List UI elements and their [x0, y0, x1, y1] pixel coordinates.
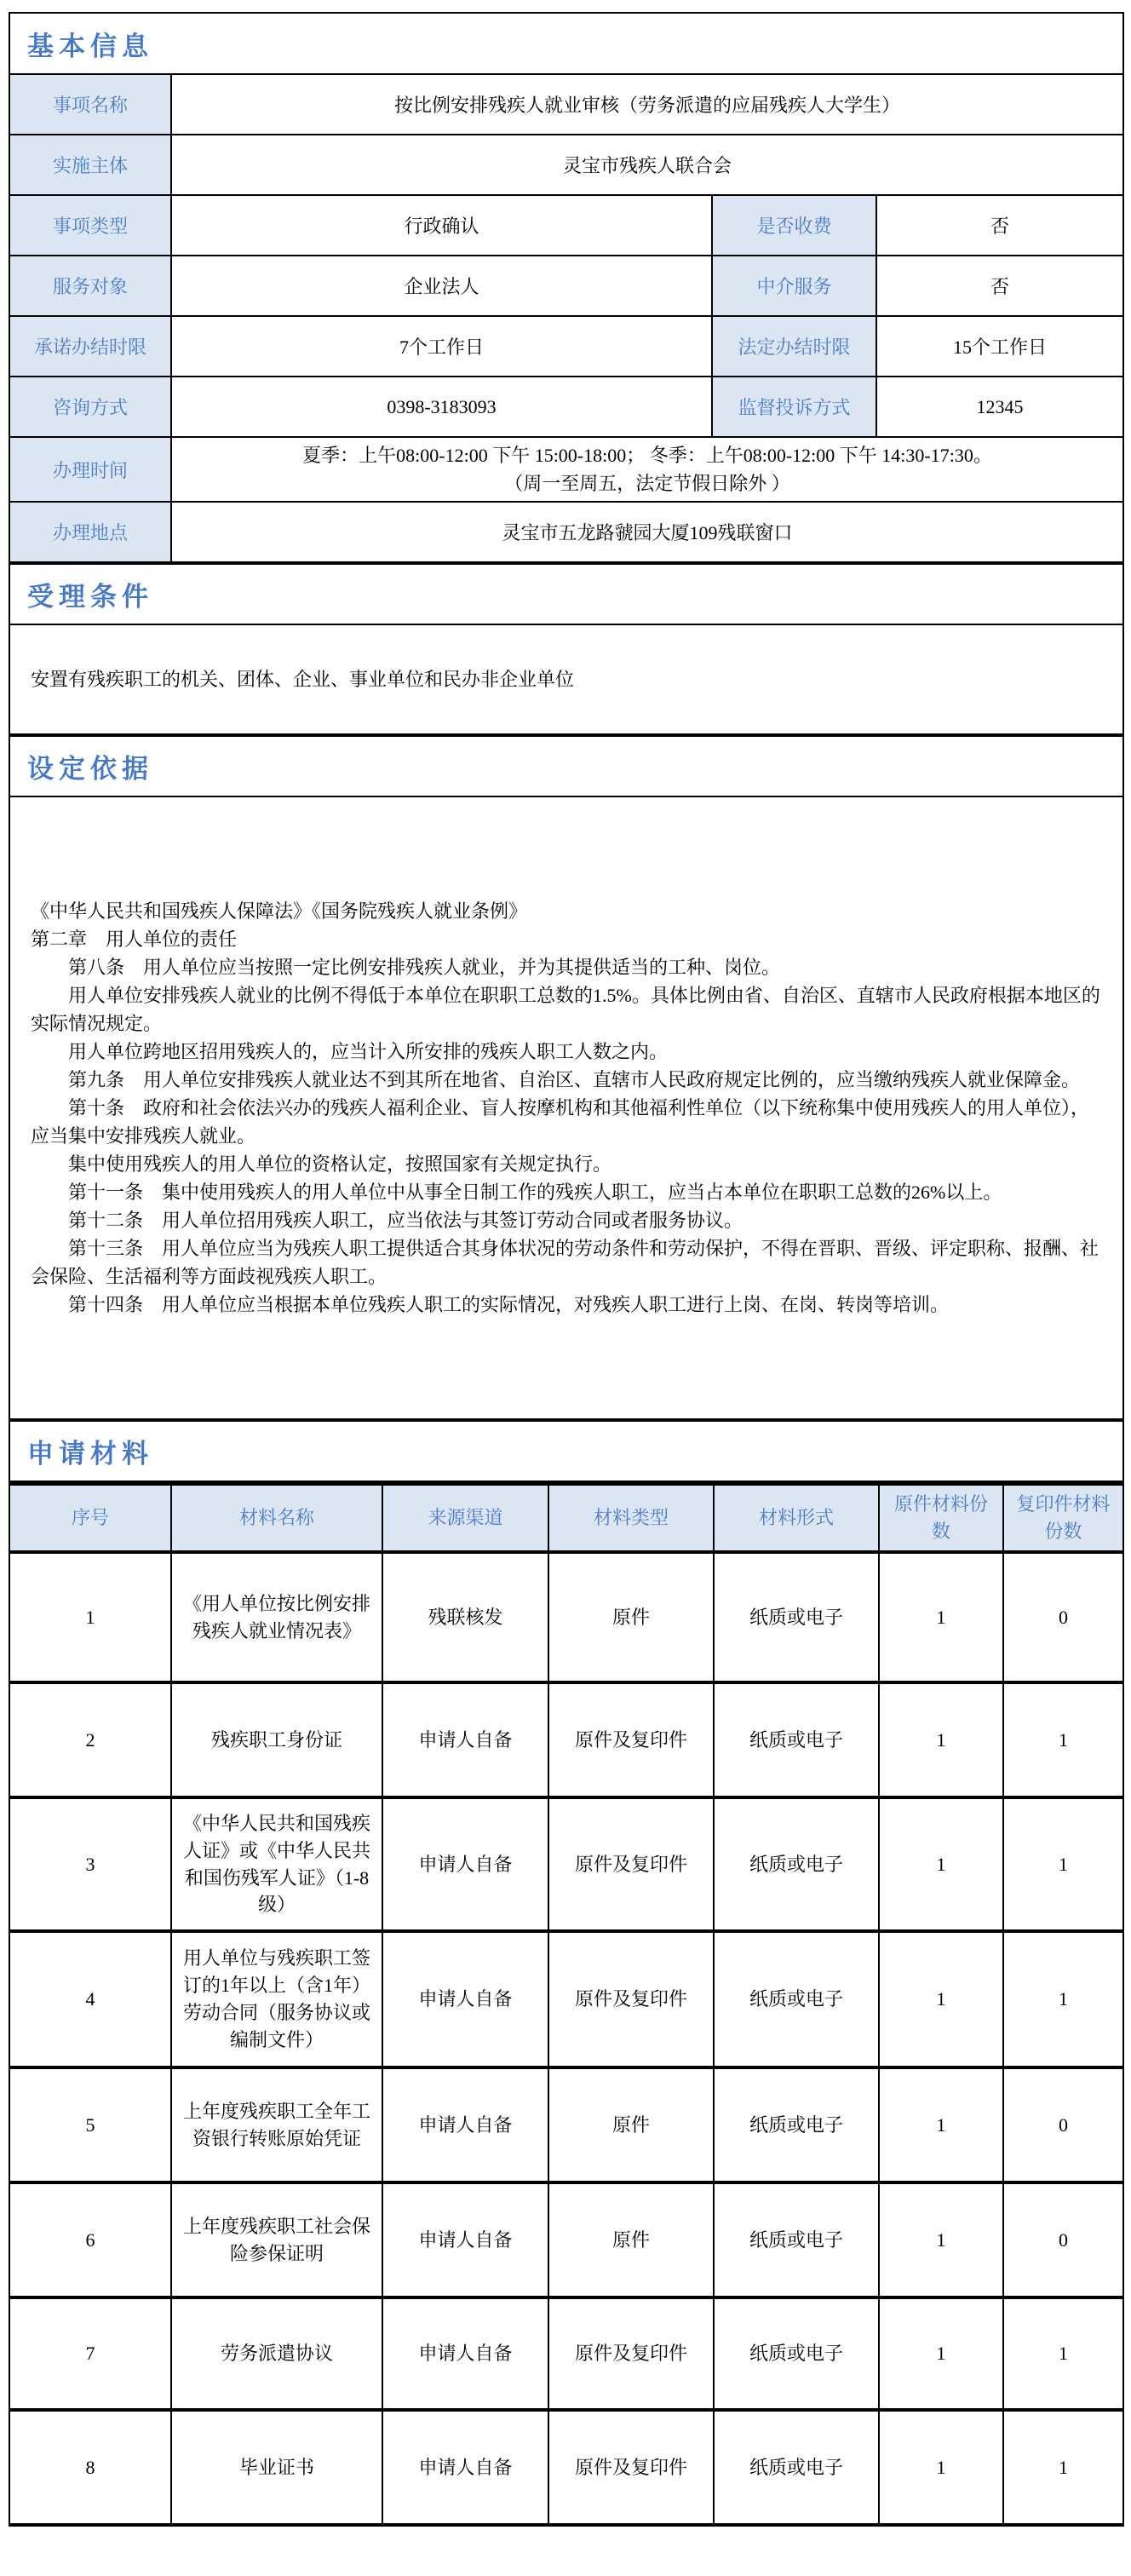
table-row: 事项类型 行政确认 是否收费 否: [9, 195, 1123, 256]
materials-table: 序号 材料名称 来源渠道 材料类型 材料形式 原件材料份数 复印件材料份数 1 …: [9, 1482, 1124, 2527]
field-value-location: 灵宝市五龙路虢园大厦109残联窗口: [171, 502, 1123, 562]
material-row: 7 劳务派遣协议 申请人自备 原件及复印件 纸质或电子 1 1: [9, 2297, 1123, 2410]
field-label-intermediary: 中介服务: [712, 256, 876, 316]
material-original-count: 1: [879, 2410, 1003, 2525]
field-label-location: 办理地点: [9, 502, 171, 562]
material-source: 申请人自备: [382, 2297, 548, 2410]
field-value-legal-time: 15个工作日: [876, 316, 1123, 377]
material-no: 5: [9, 2067, 171, 2182]
material-name: 《用人单位按比例安排残疾人就业情况表》: [171, 1552, 382, 1682]
material-original-count: 1: [879, 1682, 1003, 1797]
material-no: 2: [9, 1682, 171, 1797]
field-value-complaint: 12345: [876, 377, 1123, 437]
material-no: 8: [9, 2410, 171, 2525]
material-type: 原件: [548, 1552, 714, 1682]
material-name: 用人单位与残疾职工签订的1年以上（含1年）劳动合同（服务协议或编制文件）: [171, 1931, 382, 2067]
material-copy-count: 0: [1003, 2067, 1123, 2182]
material-form: 纸质或电子: [714, 1797, 879, 1931]
materials-header-row: 序号 材料名称 来源渠道 材料类型 材料形式 原件材料份数 复印件材料份数: [9, 1484, 1123, 1552]
material-source: 申请人自备: [382, 2410, 548, 2525]
field-label-item-type: 事项类型: [9, 195, 171, 256]
material-name: 《中华人民共和国残疾人证》或《中华人民共和国伤残军人证》（1-8级）: [171, 1797, 382, 1931]
column-header-source: 来源渠道: [382, 1484, 548, 1552]
material-row: 4 用人单位与残疾职工签订的1年以上（含1年）劳动合同（服务协议或编制文件） 申…: [9, 1931, 1123, 2067]
material-row: 6 上年度残疾职工社会保险参保证明 申请人自备 原件 纸质或电子 1 0: [9, 2182, 1123, 2297]
material-no: 6: [9, 2182, 171, 2297]
field-label-charge: 是否收费: [712, 195, 876, 256]
material-original-count: 1: [879, 2182, 1003, 2297]
basis-content-cell: 《中华人民共和国残疾人保障法》《国务院残疾人就业条例》 第二章 用人单位的责任 …: [9, 796, 1123, 1419]
field-value-item-name: 按比例安排残疾人就业审核（劳务派遣的应届残疾人大学生）: [171, 74, 1123, 135]
material-source: 申请人自备: [382, 1931, 548, 2067]
material-form: 纸质或电子: [714, 2067, 879, 2182]
material-name: 劳务派遣协议: [171, 2297, 382, 2410]
field-value-implementer: 灵宝市残疾人联合会: [171, 135, 1123, 195]
material-form: 纸质或电子: [714, 2297, 879, 2410]
field-value-promised-time: 7个工作日: [171, 316, 712, 377]
material-copy-count: 0: [1003, 1552, 1123, 1682]
field-label-service-target: 服务对象: [9, 256, 171, 316]
table-row: 受理条件: [9, 564, 1123, 624]
material-source: 残联核发: [382, 1552, 548, 1682]
acceptance-table: 受理条件 安置有残疾职工的机关、团体、企业、事业单位和民办非企业单位: [9, 563, 1124, 735]
material-original-count: 1: [879, 2297, 1003, 2410]
material-original-count: 1: [879, 1931, 1003, 2067]
table-row: 承诺办结时限 7个工作日 法定办结时限 15个工作日: [9, 316, 1123, 377]
material-source: 申请人自备: [382, 2067, 548, 2182]
material-type: 原件及复印件: [548, 2297, 714, 2410]
field-label-implementer: 实施主体: [9, 135, 171, 195]
basic-info-table: 基本信息 事项名称 按比例安排残疾人就业审核（劳务派遣的应届残疾人大学生） 实施…: [9, 12, 1124, 563]
table-row: 服务对象 企业法人 中介服务 否: [9, 256, 1123, 316]
material-row: 2 残疾职工身份证 申请人自备 原件及复印件 纸质或电子 1 1: [9, 1682, 1123, 1797]
table-row: 咨询方式 0398-3183093 监督投诉方式 12345: [9, 377, 1123, 437]
material-name: 上年度残疾职工全年工资银行转账原始凭证: [171, 2067, 382, 2182]
material-no: 7: [9, 2297, 171, 2410]
table-row: 办理时间 夏季：上午08:00-12:00 下午 15:00-18:00； 冬季…: [9, 437, 1123, 502]
table-row: 办理地点 灵宝市五龙路虢园大厦109残联窗口: [9, 502, 1123, 562]
material-original-count: 1: [879, 2067, 1003, 2182]
material-original-count: 1: [879, 1552, 1003, 1682]
material-name: 上年度残疾职工社会保险参保证明: [171, 2182, 382, 2297]
table-row: 设定依据: [9, 736, 1123, 796]
table-row: 安置有残疾职工的机关、团体、企业、事业单位和民办非企业单位: [9, 624, 1123, 734]
section-title-basic-info: 基本信息: [9, 13, 1123, 74]
field-value-service-target: 企业法人: [171, 256, 712, 316]
material-source: 申请人自备: [382, 1797, 548, 1931]
section-title-materials: 申请材料: [9, 1421, 1123, 1481]
column-header-type: 材料类型: [548, 1484, 714, 1552]
material-name: 毕业证书: [171, 2410, 382, 2525]
material-form: 纸质或电子: [714, 2410, 879, 2525]
basis-table: 设定依据 《中华人民共和国残疾人保障法》《国务院残疾人就业条例》 第二章 用人单…: [9, 735, 1124, 1420]
field-value-intermediary: 否: [876, 256, 1123, 316]
material-row: 3 《中华人民共和国残疾人证》或《中华人民共和国伤残军人证》（1-8级） 申请人…: [9, 1797, 1123, 1931]
field-label-legal-time: 法定办结时限: [712, 316, 876, 377]
material-form: 纸质或电子: [714, 1682, 879, 1797]
field-label-complaint: 监督投诉方式: [712, 377, 876, 437]
field-value-item-type: 行政确认: [171, 195, 712, 256]
material-original-count: 1: [879, 1797, 1003, 1931]
material-no: 4: [9, 1931, 171, 2067]
column-header-copy-count: 复印件材料份数: [1003, 1484, 1123, 1552]
column-header-form: 材料形式: [714, 1484, 879, 1552]
material-form: 纸质或电子: [714, 2182, 879, 2297]
field-label-item-name: 事项名称: [9, 74, 171, 135]
material-form: 纸质或电子: [714, 1552, 879, 1682]
table-row: 基本信息: [9, 13, 1123, 74]
field-label-promised-time: 承诺办结时限: [9, 316, 171, 377]
field-label-consult: 咨询方式: [9, 377, 171, 437]
material-no: 3: [9, 1797, 171, 1931]
material-row: 1 《用人单位按比例安排残疾人就业情况表》 残联核发 原件 纸质或电子 1 0: [9, 1552, 1123, 1682]
office-hours-line2: （周一至周五，法定节假日除外 ）: [179, 469, 1116, 497]
material-type: 原件及复印件: [548, 1682, 714, 1797]
field-value-consult: 0398-3183093: [171, 377, 712, 437]
material-copy-count: 1: [1003, 1931, 1123, 2067]
material-copy-count: 1: [1003, 2410, 1123, 2525]
material-type: 原件: [548, 2067, 714, 2182]
page: 基本信息 事项名称 按比例安排残疾人就业审核（劳务派遣的应届残疾人大学生） 实施…: [0, 0, 1131, 2527]
material-form: 纸质或电子: [714, 1931, 879, 2067]
table-row: 实施主体 灵宝市残疾人联合会: [9, 135, 1123, 195]
basis-content: 《中华人民共和国残疾人保障法》《国务院残疾人就业条例》 第二章 用人单位的责任 …: [31, 897, 1102, 1319]
table-row: 事项名称 按比例安排残疾人就业审核（劳务派遣的应届残疾人大学生）: [9, 74, 1123, 135]
material-row: 5 上年度残疾职工全年工资银行转账原始凭证 申请人自备 原件 纸质或电子 1 0: [9, 2067, 1123, 2182]
acceptance-content: 安置有残疾职工的机关、团体、企业、事业单位和民办非企业单位: [9, 624, 1123, 734]
section-title-acceptance: 受理条件: [9, 564, 1123, 624]
material-row: 8 毕业证书 申请人自备 原件及复印件 纸质或电子 1 1: [9, 2410, 1123, 2525]
material-type: 原件及复印件: [548, 1797, 714, 1931]
field-label-office-hours: 办理时间: [9, 437, 171, 502]
field-value-charge: 否: [876, 195, 1123, 256]
material-no: 1: [9, 1552, 171, 1682]
material-type: 原件及复印件: [548, 1931, 714, 2067]
material-name: 残疾职工身份证: [171, 1682, 382, 1797]
column-header-original-count: 原件材料份数: [879, 1484, 1003, 1552]
material-source: 申请人自备: [382, 1682, 548, 1797]
material-copy-count: 1: [1003, 1797, 1123, 1931]
section-title-basis: 设定依据: [9, 736, 1123, 796]
field-value-office-hours: 夏季：上午08:00-12:00 下午 15:00-18:00； 冬季：上午08…: [171, 437, 1123, 502]
material-type: 原件及复印件: [548, 2410, 714, 2525]
material-source: 申请人自备: [382, 2182, 548, 2297]
column-header-no: 序号: [9, 1484, 171, 1552]
material-copy-count: 1: [1003, 1682, 1123, 1797]
material-copy-count: 0: [1003, 2182, 1123, 2297]
column-header-name: 材料名称: [171, 1484, 382, 1552]
materials-title-table: 申请材料: [9, 1420, 1124, 1482]
material-copy-count: 1: [1003, 2297, 1123, 2410]
table-row: 申请材料: [9, 1421, 1123, 1481]
office-hours-line1: 夏季：上午08:00-12:00 下午 15:00-18:00； 冬季：上午08…: [179, 441, 1116, 469]
material-type: 原件: [548, 2182, 714, 2297]
table-row: 《中华人民共和国残疾人保障法》《国务院残疾人就业条例》 第二章 用人单位的责任 …: [9, 796, 1123, 1419]
